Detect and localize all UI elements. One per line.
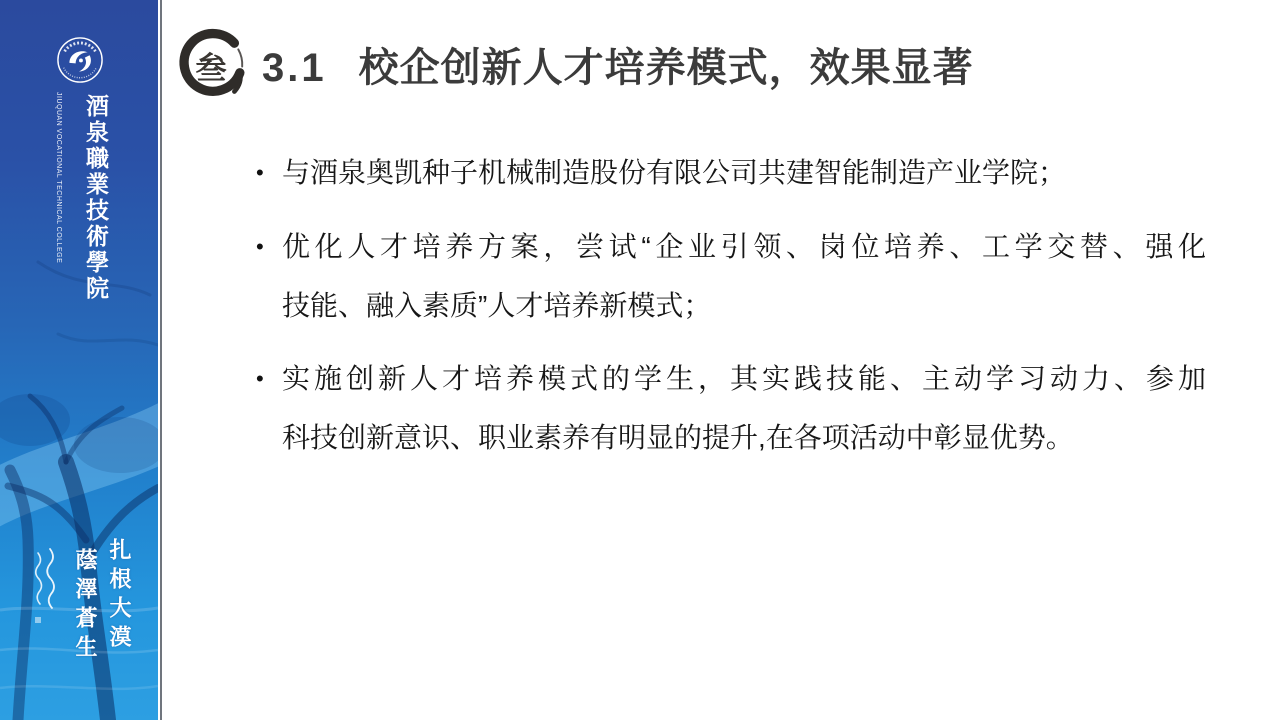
bullet-item: • 与酒泉奥凯种子机械制造股份有限公司共建智能制造产业学院； bbox=[256, 143, 1206, 203]
bullet-item: • 优化人才培养方案，尝试“企业引领、岗位培养、工学交替、强化 技能、融入素质”… bbox=[256, 217, 1206, 335]
motto-column-right: 扎根大漠 bbox=[104, 538, 135, 654]
slide: 酒泉職業技術學院 JIUQUAN VOCATIONAL TECHNICAL CO… bbox=[0, 0, 1280, 720]
bullet-line: 与酒泉奥凯种子机械制造股份有限公司共建智能制造产业学院； bbox=[282, 143, 1206, 202]
bullet-line: 优化人才培养方案，尝试“企业引领、岗位培养、工学交替、强化 bbox=[282, 217, 1206, 276]
school-logo-seal bbox=[56, 36, 104, 84]
bullet-line: 实施创新人才培养模式的学生，其实践技能、主动学习动力、参加 bbox=[282, 349, 1206, 408]
sidebar: 酒泉職業技術學院 JIUQUAN VOCATIONAL TECHNICAL CO… bbox=[0, 0, 158, 720]
bullet-marker: • bbox=[256, 349, 282, 467]
bullet-marker: • bbox=[256, 143, 282, 203]
badge-number-char: 叁 bbox=[195, 51, 226, 87]
bullet-list: • 与酒泉奥凯种子机械制造股份有限公司共建智能制造产业学院； • 优化人才培养方… bbox=[256, 143, 1206, 481]
sidebar-divider bbox=[160, 0, 162, 720]
school-seal-icon bbox=[56, 36, 104, 84]
bullet-marker: • bbox=[256, 217, 282, 335]
bullet-text: 实施创新人才培养模式的学生，其实践技能、主动学习动力、参加 科技创新意识、职业素… bbox=[282, 349, 1206, 467]
school-name-english: JIUQUAN VOCATIONAL TECHNICAL COLLEGE bbox=[55, 92, 62, 312]
enso-brush-circle-icon: 叁 bbox=[172, 26, 250, 112]
bullet-line: 技能、融入素质”人才培养新模式； bbox=[282, 276, 1206, 335]
title-number: 3.1 bbox=[262, 46, 327, 90]
title-text: 校企创新人才培养模式，效果显著 bbox=[359, 46, 974, 90]
bullet-text: 优化人才培养方案，尝试“企业引领、岗位培养、工学交替、强化 技能、融入素质”人才… bbox=[282, 217, 1206, 335]
bullet-line: 科技创新意识、职业素养有明显的提升,在各项活动中彰显优势。 bbox=[282, 408, 1206, 467]
school-name-chinese: 酒泉職業技術學院 bbox=[64, 88, 112, 308]
calligraphy-signature bbox=[30, 545, 60, 633]
page-title: 3.1校企创新人才培养模式，效果显著 bbox=[262, 38, 974, 98]
section-badge: 叁 bbox=[172, 26, 250, 114]
motto-column-left: 蔭澤蒼生 bbox=[70, 548, 101, 664]
bullet-text: 与酒泉奥凯种子机械制造股份有限公司共建智能制造产业学院； bbox=[282, 143, 1206, 203]
bullet-item: • 实施创新人才培养模式的学生，其实践技能、主动学习动力、参加 科技创新意识、职… bbox=[256, 349, 1206, 467]
